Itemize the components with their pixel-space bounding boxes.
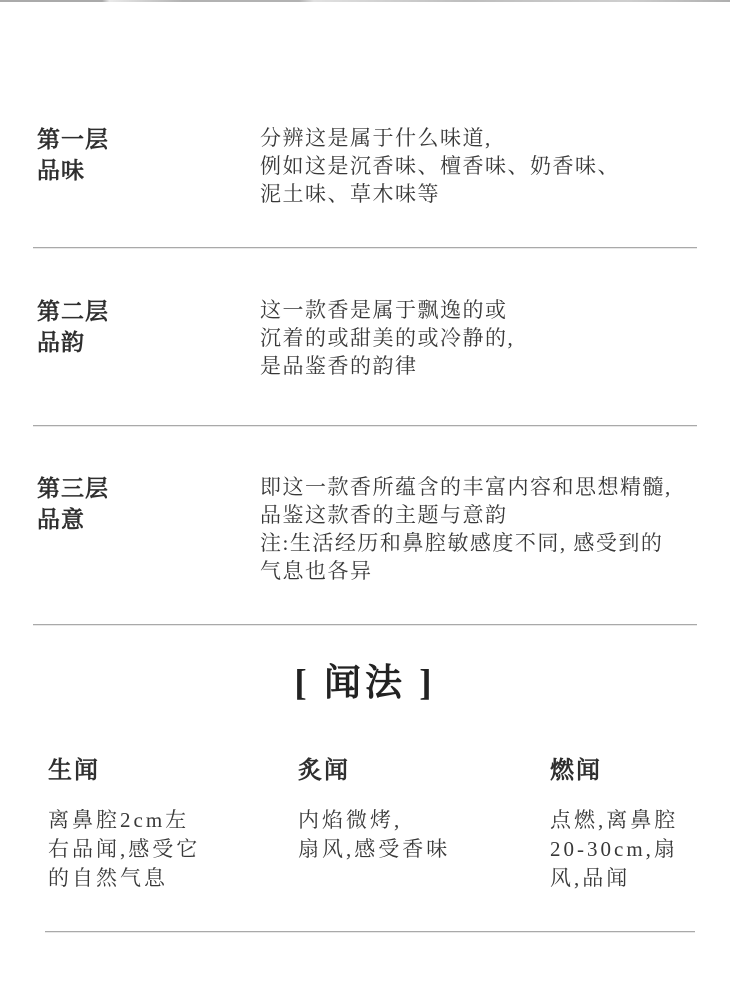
method-line: 20-30cm,扇 bbox=[550, 835, 725, 864]
layer-2-label-line1: 第二层 bbox=[37, 296, 109, 327]
layer-3-line: 品鉴这款香的主题与意韵 bbox=[260, 501, 720, 529]
layer-1-description: 分辨这是属于什么味道, 例如这是沉香味、檀香味、奶香味、 泥土味、草木味等 bbox=[260, 124, 720, 208]
method-description: 点燃,离鼻腔 20-30cm,扇 风,品闻 bbox=[550, 806, 725, 893]
method-burn-smell: 燃闻 点燃,离鼻腔 20-30cm,扇 风,品闻 bbox=[550, 757, 725, 893]
method-title: 生闻 bbox=[48, 757, 278, 785]
method-line: 内焰微烤, bbox=[298, 806, 533, 835]
layer-1-label-line1: 第一层 bbox=[37, 124, 109, 155]
method-raw-smell: 生闻 离鼻腔2cm左 右品闻,感受它 的自然气息 bbox=[48, 757, 278, 893]
layer-3-label-line2: 品意 bbox=[37, 504, 109, 535]
layer-1-label: 第一层 品味 bbox=[37, 124, 109, 186]
layer-2-line: 这一款香是属于飘逸的或 bbox=[260, 296, 720, 324]
method-line: 右品闻,感受它 bbox=[48, 835, 278, 864]
layer-1-line: 分辨这是属于什么味道, bbox=[260, 124, 720, 152]
method-line: 扇风,感受香味 bbox=[298, 835, 533, 864]
layer-2-line: 是品鉴香的韵律 bbox=[260, 352, 720, 380]
layer-1-label-line2: 品味 bbox=[37, 155, 109, 186]
layer-3-label-line1: 第三层 bbox=[37, 473, 109, 504]
layer-2-label-line2: 品韵 bbox=[37, 327, 109, 358]
method-description: 离鼻腔2cm左 右品闻,感受它 的自然气息 bbox=[48, 806, 278, 893]
layer-2-description: 这一款香是属于飘逸的或 沉着的或甜美的或冷静的, 是品鉴香的韵律 bbox=[260, 296, 720, 380]
section-divider bbox=[33, 247, 697, 249]
layer-3-description: 即这一款香所蕴含的丰富内容和思想精髓, 品鉴这款香的主题与意韵 注:生活经历和鼻… bbox=[260, 473, 720, 585]
layer-3-line: 气息也各异 bbox=[260, 557, 720, 585]
smelling-methods-heading: [ 闻法 ] bbox=[0, 660, 730, 708]
section-divider bbox=[33, 425, 697, 427]
layer-1-line: 例如这是沉香味、檀香味、奶香味、 bbox=[260, 152, 720, 180]
section-divider bbox=[33, 624, 697, 626]
layer-2-label: 第二层 品韵 bbox=[37, 296, 109, 358]
bottom-divider bbox=[45, 931, 695, 933]
incense-guide-page: 第一层 品味 分辨这是属于什么味道, 例如这是沉香味、檀香味、奶香味、 泥土味、… bbox=[0, 0, 730, 993]
top-edge-line-fragment bbox=[0, 0, 730, 2]
method-description: 内焰微烤, 扇风,感受香味 bbox=[298, 806, 533, 864]
layer-3-line: 即这一款香所蕴含的丰富内容和思想精髓, bbox=[260, 473, 720, 501]
method-line: 风,品闻 bbox=[550, 864, 725, 893]
method-roast-smell: 炙闻 内焰微烤, 扇风,感受香味 bbox=[298, 757, 533, 864]
method-line: 离鼻腔2cm左 bbox=[48, 806, 278, 835]
method-title: 炙闻 bbox=[298, 757, 533, 785]
layer-3-line: 注:生活经历和鼻腔敏感度不同, 感受到的 bbox=[260, 529, 720, 557]
method-line: 点燃,离鼻腔 bbox=[550, 806, 725, 835]
layer-2-line: 沉着的或甜美的或冷静的, bbox=[260, 324, 720, 352]
layer-3-label: 第三层 品意 bbox=[37, 473, 109, 535]
layer-1-line: 泥土味、草木味等 bbox=[260, 180, 720, 208]
method-title: 燃闻 bbox=[550, 757, 725, 785]
method-line: 的自然气息 bbox=[48, 864, 278, 893]
